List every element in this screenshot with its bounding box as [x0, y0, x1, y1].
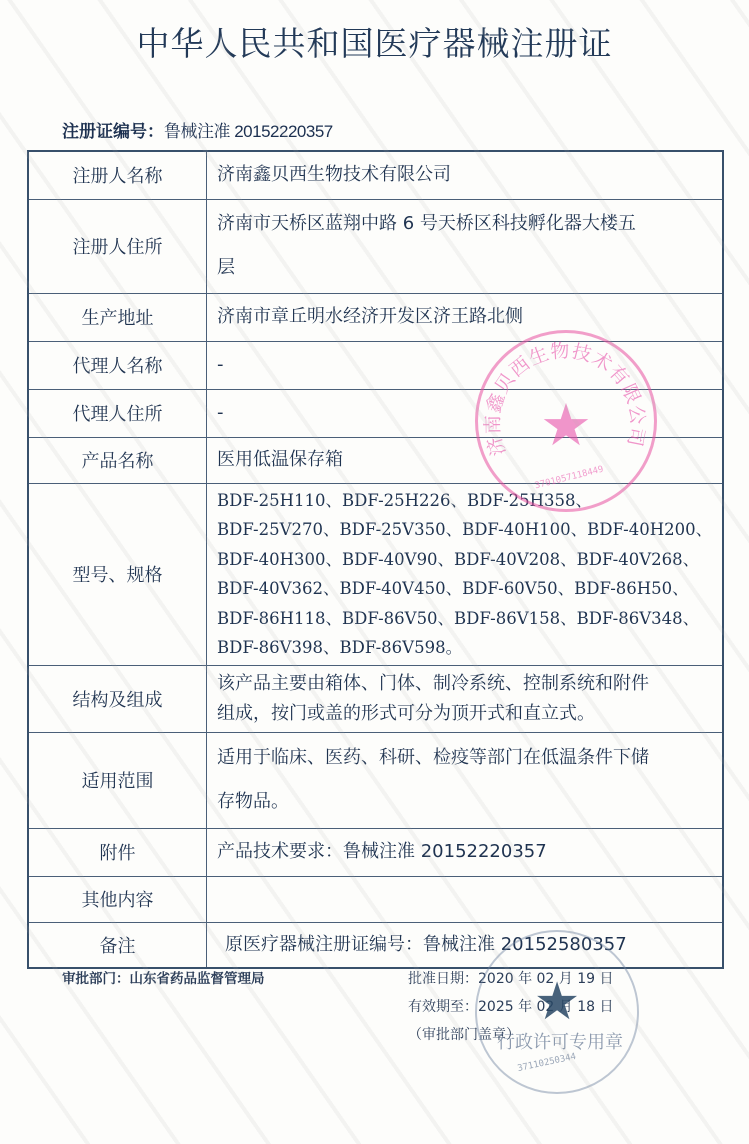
table-row: 其他内容: [28, 876, 723, 922]
row-label-agent-name: 代理人名称: [28, 341, 207, 389]
model-line: BDF-86V398、BDF-86V598。: [217, 633, 716, 663]
row-label-attachment: 附件: [28, 828, 207, 876]
model-line: BDF-25H110、BDF-25H226、BDF-25H358、: [217, 486, 716, 516]
row-value-attachment: 产品技术要求：鲁械注准 20152220357: [207, 828, 724, 876]
row-label-agent-address: 代理人住所: [28, 389, 207, 437]
table-row: 产品名称 医用低温保存箱: [28, 437, 723, 483]
registration-number: 注册证编号：鲁械注准 20152220357: [62, 117, 333, 142]
document-title: 中华人民共和国医疗器械注册证: [0, 18, 749, 65]
table-row: 结构及组成 该产品主要由箱体、门体、制冷系统、控制系统和附件 组成，按门或盖的形…: [28, 665, 723, 732]
table-row: 代理人住所 -: [28, 389, 723, 437]
approval-department: 审批部门：山东省药品监督管理局: [62, 967, 265, 987]
row-label-other: 其他内容: [28, 876, 207, 922]
table-row: 型号、规格 BDF-25H110、BDF-25H226、BDF-25H358、 …: [28, 483, 723, 665]
row-value-registrant-address: 济南市天桥区蓝翔中路 6 号天桥区科技孵化器大楼五 层: [207, 199, 724, 293]
approval-info: 批准日期：2020 年 02 月 19 日 有效期至：2025 年 02 月 1…: [408, 965, 614, 1049]
table-row: 注册人名称 济南鑫贝西生物技术有限公司: [28, 151, 723, 199]
model-line: BDF-86H118、BDF-86V50、BDF-86V158、BDF-86V3…: [217, 604, 716, 634]
row-value-product-name: 医用低温保存箱: [207, 437, 724, 483]
structure-line-2: 组成，按门或盖的形式可分为顶开式和直立式。: [217, 699, 716, 729]
row-value-models: BDF-25H110、BDF-25H226、BDF-25H358、 BDF-25…: [207, 483, 724, 665]
row-label-product-name: 产品名称: [28, 437, 207, 483]
registration-number-label: 注册证编号：: [62, 122, 164, 142]
table-row: 代理人名称 -: [28, 341, 723, 389]
structure-line-1: 该产品主要由箱体、门体、制冷系统、控制系统和附件: [217, 669, 716, 699]
valid-until: 有效期至：2025 年 02 月 18 日: [408, 993, 614, 1021]
row-value-registrant-name: 济南鑫贝西生物技术有限公司: [207, 151, 724, 199]
row-label-remarks: 备注: [28, 922, 207, 968]
approval-date: 批准日期：2020 年 02 月 19 日: [408, 965, 614, 993]
row-label-registrant-address: 注册人住所: [28, 199, 207, 293]
row-label-production-address: 生产地址: [28, 293, 207, 341]
address-line-2: 层: [217, 246, 716, 290]
certificate-table: 注册人名称 济南鑫贝西生物技术有限公司 注册人住所 济南市天桥区蓝翔中路 6 号…: [27, 150, 724, 969]
gov-seal-code: 37110250344: [517, 1052, 577, 1074]
row-value-remarks: 原医疗器械注册证编号：鲁械注准 20152580357: [207, 922, 724, 968]
row-label-registrant-name: 注册人名称: [28, 151, 207, 199]
row-value-agent-name: -: [207, 341, 724, 389]
scope-line-1: 适用于临床、医药、科研、检疫等部门在低温条件下储: [217, 736, 716, 780]
table-row: 注册人住所 济南市天桥区蓝翔中路 6 号天桥区科技孵化器大楼五 层: [28, 199, 723, 293]
row-value-scope: 适用于临床、医药、科研、检疫等部门在低温条件下储 存物品。: [207, 732, 724, 828]
row-value-agent-address: -: [207, 389, 724, 437]
row-value-production-address: 济南市章丘明水经济开发区济王路北侧: [207, 293, 724, 341]
scope-line-2: 存物品。: [217, 780, 716, 824]
seal-note: （审批部门盖章）: [408, 1021, 614, 1049]
table-row: 生产地址 济南市章丘明水经济开发区济王路北侧: [28, 293, 723, 341]
table-row: 附件 产品技术要求：鲁械注准 20152220357: [28, 828, 723, 876]
row-value-structure: 该产品主要由箱体、门体、制冷系统、控制系统和附件 组成，按门或盖的形式可分为顶开…: [207, 665, 724, 732]
table-row: 备注 原医疗器械注册证编号：鲁械注准 20152580357: [28, 922, 723, 968]
model-line: BDF-40V362、BDF-40V450、BDF-60V50、BDF-86H5…: [217, 574, 716, 604]
table-row: 适用范围 适用于临床、医药、科研、检疫等部门在低温条件下储 存物品。: [28, 732, 723, 828]
address-line-1: 济南市天桥区蓝翔中路 6 号天桥区科技孵化器大楼五: [217, 202, 716, 246]
model-line: BDF-40H300、BDF-40V90、BDF-40V208、BDF-40V2…: [217, 545, 716, 575]
row-label-scope: 适用范围: [28, 732, 207, 828]
row-value-other: [207, 876, 724, 922]
row-label-models: 型号、规格: [28, 483, 207, 665]
model-line: BDF-25V270、BDF-25V350、BDF-40H100、BDF-40H…: [217, 515, 716, 545]
row-label-structure: 结构及组成: [28, 665, 207, 732]
registration-number-value: 鲁械注准 20152220357: [164, 122, 333, 141]
